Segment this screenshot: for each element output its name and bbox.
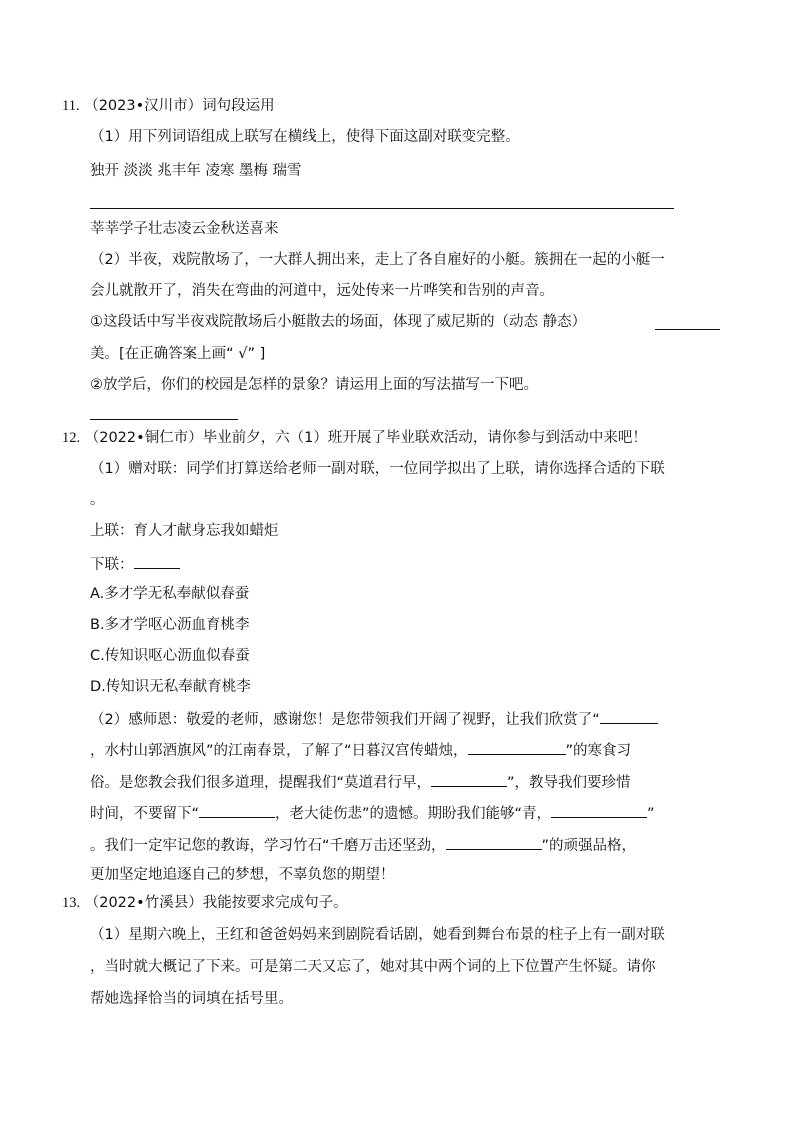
q12-lower-blank[interactable]: [134, 554, 180, 569]
blank-6[interactable]: [446, 835, 542, 850]
q11-part1-prompt: （1）用下列词语组成上联写在横线上，使得下面这副对联变完整。: [90, 128, 520, 146]
q12-option-c[interactable]: C.传知识呕心沥血似春蚕: [90, 647, 250, 665]
text: ，水村山郭酒旗风”的江南春景，了解了“日暮汉宫传蜡烛，: [90, 743, 468, 759]
question-11-header: 11. （2023•汉川市）词句段运用: [62, 97, 275, 115]
q12-part1-prompt-line2: 。: [90, 491, 105, 509]
q12-part2-line5: 。我们一定牢记您的教诲，学习竹石“千磨万击还坚劲，”的顽强品格，: [90, 835, 636, 855]
question-number: 13.: [62, 895, 80, 911]
text: 时间，不要留下“: [90, 806, 199, 822]
q12-part2-line1: （2）感师恩：敬爱的老师，感谢您！是您带领我们开阔了视野，让我们欣赏了“: [90, 709, 658, 729]
q12-option-a[interactable]: A.多才学无私奉献似春蚕: [90, 585, 249, 603]
text: ”的寒食习: [566, 743, 632, 759]
question-number: 12.: [62, 430, 80, 446]
q12-upper-couplet: 上联：育人才献身忘我如蜡炬: [90, 522, 279, 540]
question-source: （2023•汉川市）词句段运用: [84, 98, 274, 114]
text: 俗。是您教会我们很多道理，提醒我们“莫道君行早，: [90, 775, 431, 791]
q11-item1-blank[interactable]: [655, 329, 720, 330]
q12-option-b[interactable]: B.多才学呕心沥血育桃李: [90, 616, 250, 634]
blank-1[interactable]: [600, 709, 658, 724]
q11-word-list: 独开 淡淡 兆丰年 凌寒 墨梅 瑞雪: [90, 162, 302, 180]
q13-part1-line1: （1）星期六晚上，王红和爸爸妈妈来到剧院看话剧，她看到舞台布景的柱子上有一副对联: [90, 926, 665, 944]
q11-item1-line2: 美。[在正确答案上画“ √” ]: [90, 345, 265, 363]
text: ”的顽强品格，: [542, 838, 637, 854]
question-source: （2022•铜仁市）毕业前夕，六（1）班开展了毕业联欢活动，请你参与到活动中来吧…: [85, 430, 647, 446]
q13-part1-line3: 帮她选择恰当的词填在括号里。: [90, 990, 293, 1008]
q11-item1-line1: ①这段话中写半夜戏院散场后小艇散去的场面，体现了威尼斯的（动态 静态）: [90, 313, 586, 331]
q12-option-d[interactable]: D.传知识无私奉献育桃李: [90, 678, 251, 696]
question-number: 11.: [62, 98, 80, 114]
blank-2[interactable]: [468, 740, 566, 755]
question-13-header: 13. （2022•竹溪县）我能按要求完成句子。: [62, 894, 348, 912]
q11-passage-line1: （2）半夜，戏院散场了，一大群人拥出来，走上了各自雇好的小艇。簇拥在一起的小艇一: [90, 251, 665, 269]
text: 。我们一定牢记您的教诲，学习竹石“千磨万击还坚劲，: [90, 838, 446, 854]
q12-part2-line4: 时间，不要留下“，老大徒伤悲”的遗憾。期盼我们能够“青，”: [90, 803, 655, 823]
lower-label: 下联：: [90, 557, 134, 573]
q13-part1-line2: ，当时就大概记了下来。可是第二天又忘了，她对其中两个词的上下位置产生怀疑。请你: [90, 958, 656, 976]
question-12-header: 12. （2022•铜仁市）毕业前夕，六（1）班开展了毕业联欢活动，请你参与到活…: [62, 429, 647, 447]
q12-part2-line3: 俗。是您教会我们很多道理，提醒我们“莫道君行早，”，教导我们要珍惜: [90, 772, 631, 792]
text: ，老大徒伤悲”的遗憾。期盼我们能够“青，: [275, 806, 551, 822]
q11-item2-answer-line[interactable]: [90, 419, 238, 420]
text: ”: [647, 806, 655, 822]
question-source: （2022•竹溪县）我能按要求完成句子。: [85, 895, 348, 911]
q11-item2: ②放学后，你们的校园是怎样的景象？请运用上面的写法描写一下吧。: [90, 376, 538, 394]
blank-5[interactable]: [551, 803, 647, 818]
q11-passage-line2: 会儿就散开了，消失在弯曲的河道中，远处传来一片哗笑和告别的声音。: [90, 282, 554, 300]
q11-lower-couplet: 莘莘学子壮志凌云金秋送喜来: [90, 220, 279, 238]
q12-lower-couplet: 下联：: [90, 554, 180, 574]
q12-part1-prompt-line1: （1）赠对联：同学们打算送给老师一副对联，一位同学拟出了上联，请你选择合适的下联: [90, 460, 665, 478]
blank-4[interactable]: [199, 803, 275, 818]
blank-3[interactable]: [431, 772, 507, 787]
q12-part2-line6: 更加坚定地追逐自己的梦想，不辜负您的期望！: [90, 866, 395, 884]
q12-part2-line2: ，水村山郭酒旗风”的江南春景，了解了“日暮汉宫传蜡烛，”的寒食习: [90, 740, 631, 760]
q11-answer-line[interactable]: [90, 208, 674, 209]
text: （2）感师恩：敬爱的老师，感谢您！是您带领我们开阔了视野，让我们欣赏了“: [90, 712, 600, 728]
q11-item1-text: ①这段话中写半夜戏院散场后小艇散去的场面，体现了威尼斯的（动态 静态）: [90, 314, 586, 330]
text: ”，教导我们要珍惜: [507, 775, 631, 791]
